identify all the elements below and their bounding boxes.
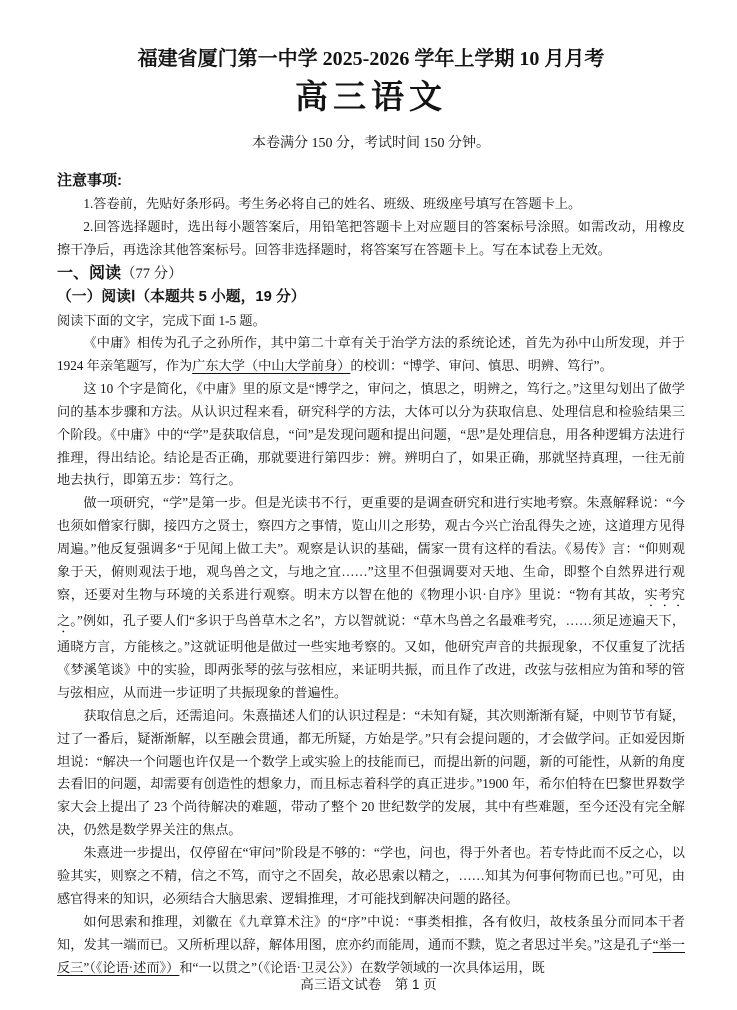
passage-paragraph: 《中庸》相传为孔子之孙所作，其中第二十章有关于治学方法的系统论述，首先为孙中山所…	[57, 332, 685, 378]
subsection-heading: （一）阅读Ⅰ（本题共 5 小题，19 分）	[57, 286, 685, 309]
passage-instruction: 阅读下面的文字，完成下面 1-5 题。	[57, 309, 685, 332]
passage-text: 和“一以贯之”（《论语·卫灵公》）在数学领域的一次具体运用，既	[179, 960, 545, 975]
exam-info-line: 本卷满分 150 分，考试时间 150 分钟。	[57, 134, 685, 154]
exam-header-line: 福建省厦门第一中学 2025-2026 学年上学期 10 月月考	[57, 46, 685, 72]
passage-text: 。”例如，孔子要人们“多识于鸟兽草木之名”，方以智就说：“草木鸟兽之名最难考究，…	[57, 613, 685, 700]
passage: 《中庸》相传为孔子之孙所作，其中第二十章有关于治学方法的系统论述，首先为孙中山所…	[57, 332, 685, 980]
underlined-text: 广东大学（中山大学前身）	[192, 358, 350, 373]
notice-section: 注意事项: 1.答卷前，先贴好条形码。考生务必将自己的姓名、班级、班级座号填写在…	[57, 169, 685, 261]
passage-paragraph: 朱熹进一步提出，仅停留在“审问”阶段是不够的：“学也，问也，得于外者也。若专恃此…	[57, 842, 685, 911]
passage-paragraph: 做一项研究，“学”是第一步。但是光读书不行，更重要的是调查研究和进行实地考察。朱…	[57, 492, 685, 704]
notice-item: 2.回答选择题时，选出每小题答案后，用铅笔把答题卡上对应题目的答案标号涂照。如需…	[57, 215, 685, 261]
passage-text: 朱熹进一步提出，仅停留在“审问”阶段是不够的：“学也，问也，得于外者也。若专恃此…	[57, 845, 685, 906]
passage-text: 这 10 个字是简化，《中庸》里的原文是“博学之，审问之，慎思之，明辨之，笃行之…	[57, 381, 685, 488]
passage-text: 的校训：“博学、审问、慎思、明辨、笃行”。	[350, 358, 612, 373]
passage-paragraph: 这 10 个字是简化，《中庸》里的原文是“博学之，审问之，慎思之，明辨之，笃行之…	[57, 378, 685, 493]
exam-page: 福建省厦门第一中学 2025-2026 学年上学期 10 月月考 高三语文 本卷…	[0, 0, 737, 1010]
part-heading-title: 一、阅读	[57, 265, 121, 282]
notice-heading: 注意事项:	[57, 169, 685, 192]
passage-text: 获取信息之后，还需追问。朱熹描述人们的认识过程是：“未知有疑，其次则渐渐有疑，中…	[57, 708, 685, 838]
exam-title: 高三语文	[57, 78, 685, 118]
part-heading: 一、阅读（77 分）	[57, 262, 685, 286]
notice-item: 1.答卷前，先贴好条形码。考生务必将自己的姓名、班级、班级座号填写在答题卡上。	[57, 192, 685, 215]
passage-text: 如何思索和推理，刘徽在《九章算术注》的“序”中说：“事类相推，各有攸归，故枝条虽…	[57, 914, 685, 952]
notice-list: 1.答卷前，先贴好条形码。考生务必将自己的姓名、班级、班级座号填写在答题卡上。2…	[57, 192, 685, 261]
passage-paragraph: 获取信息之后，还需追问。朱熹描述人们的认识过程是：“未知有疑，其次则渐渐有疑，中…	[57, 705, 685, 842]
page-footer: 高三语文试卷 第 1 页	[0, 976, 737, 994]
passage-text: 做一项研究，“学”是第一步。但是光读书不行，更重要的是调查研究和进行实地考察。朱…	[57, 495, 685, 602]
part-heading-score: （77 分）	[121, 266, 183, 282]
reading-section: 一、阅读（77 分） （一）阅读Ⅰ（本题共 5 小题，19 分） 阅读下面的文字…	[57, 262, 685, 980]
passage-paragraph: 如何思索和推理，刘徽在《九章算术注》的“序”中说：“事类相推，各有攸归，故枝条虽…	[57, 911, 685, 980]
